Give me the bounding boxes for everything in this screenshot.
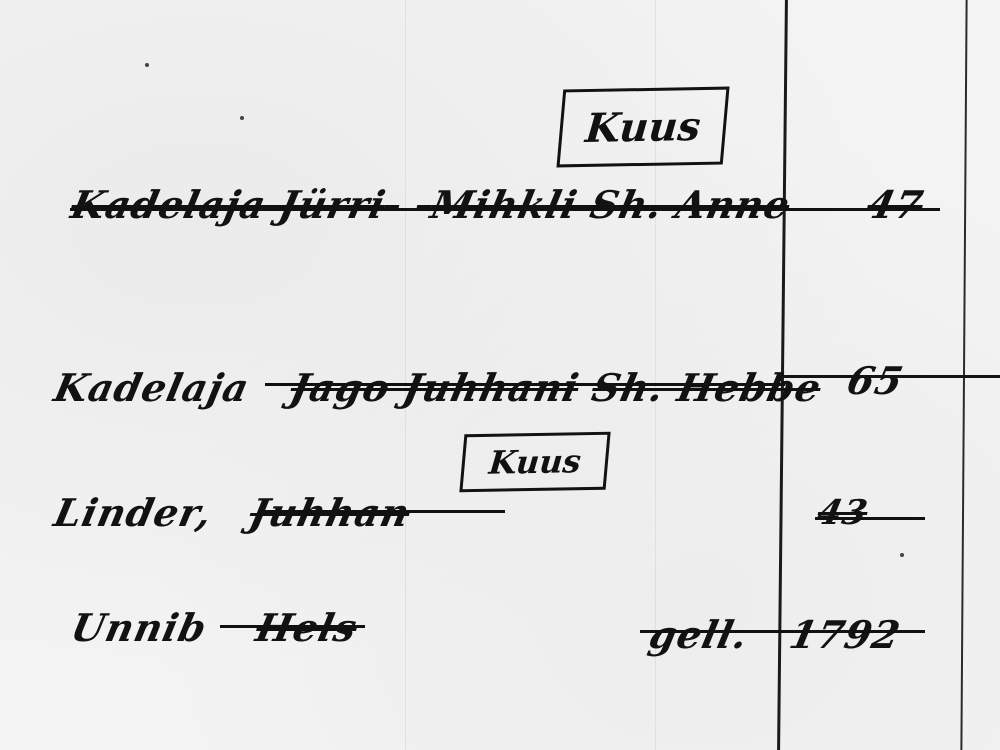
- strike-through-line: [260, 510, 505, 513]
- paper-speck: [900, 553, 904, 557]
- entry-number-text: 1792: [786, 612, 905, 657]
- entry-number: 43: [814, 493, 872, 533]
- entry-surname: Linder,: [50, 490, 217, 535]
- entry-date: gell. 1792: [645, 612, 905, 657]
- kuus-stamp: Kuus: [556, 87, 729, 168]
- entry-detail: gell.: [645, 612, 752, 657]
- entry-surname: Kadelaja: [50, 365, 253, 410]
- entry-surname: Unnib: [67, 605, 211, 650]
- paper-speck: [240, 116, 244, 120]
- document-page: Kuus Kadelaja Jürri Mihkli Sh. Anne 47 K…: [0, 0, 1000, 750]
- stamp-label: Kuus: [584, 103, 703, 152]
- entry-name: Kadelaja Jürri: [67, 182, 390, 227]
- entry-number: 65: [843, 358, 907, 403]
- entry-number-text: 43: [814, 493, 872, 533]
- paper-speck: [145, 63, 149, 67]
- register-entry-1: Kadelaja Jürri Mihkli Sh. Anne: [67, 182, 794, 227]
- entry-name: Jago Juhhani: [287, 365, 584, 410]
- entry-detail: Mihkli Sh. Anne: [427, 182, 795, 227]
- kuus-stamp: Kuus: [459, 432, 610, 493]
- strike-through-line: [265, 383, 785, 386]
- register-entry-2: Kadelaja Jago Juhhani Sh. Hebbe: [50, 365, 825, 410]
- strike-through-line: [70, 208, 940, 211]
- entry-number-text: 47: [863, 182, 927, 227]
- strike-through-line: [220, 625, 365, 628]
- stamp-label: Kuus: [487, 442, 582, 482]
- strike-through-line: [815, 517, 925, 520]
- entry-number-text: 65: [843, 358, 907, 403]
- strike-through-line: [640, 630, 925, 633]
- entry-number: 47: [863, 182, 927, 227]
- entry-detail: Sh. Hebbe: [588, 365, 826, 410]
